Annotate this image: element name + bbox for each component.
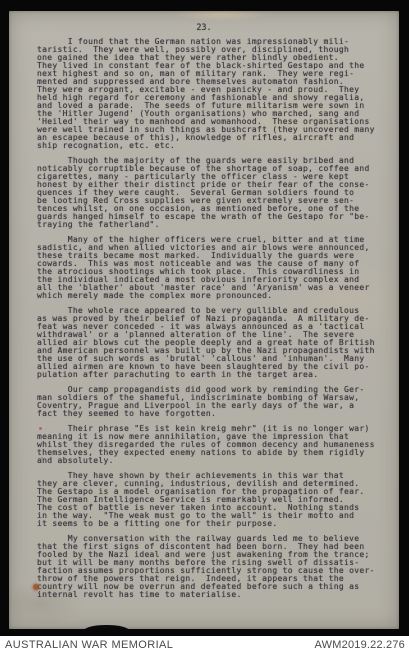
archive-name: AUSTRALIAN WAR MEMORIAL xyxy=(5,639,173,651)
paragraph-higher-officers: Many of the higher officers were cruel, … xyxy=(37,236,385,300)
paragraph-achievements: They have shown by their achievements in… xyxy=(37,472,385,528)
item-id: AWM2019.22.276 xyxy=(315,639,405,651)
paragraph-gullible-race: The whole race appeared to be very gulli… xyxy=(37,307,385,379)
scan-edge-blotch xyxy=(84,625,129,629)
paragraph-bribed-guards: Though the majority of the guards were e… xyxy=(37,157,385,229)
paragraph-militaristic-nation: I found that the German nation was impre… xyxy=(37,38,385,150)
paragraph-camp-propagandists: Our camp propagandists did good work by … xyxy=(37,386,385,418)
scanned-document-viewer: 23. I found that the German nation was i… xyxy=(0,0,409,653)
page-number: 23. xyxy=(37,24,371,32)
document-page: 23. I found that the German nation was i… xyxy=(9,11,399,629)
paragraph-railway-guards: My conversation with the railway guards … xyxy=(37,535,385,599)
paragraph-kein-krieg-mehr: Their phrase "Es ist kein kreig mehr" (i… xyxy=(37,425,385,465)
attribution-bar: AUSTRALIAN WAR MEMORIAL AWM2019.22.276 xyxy=(0,636,409,653)
